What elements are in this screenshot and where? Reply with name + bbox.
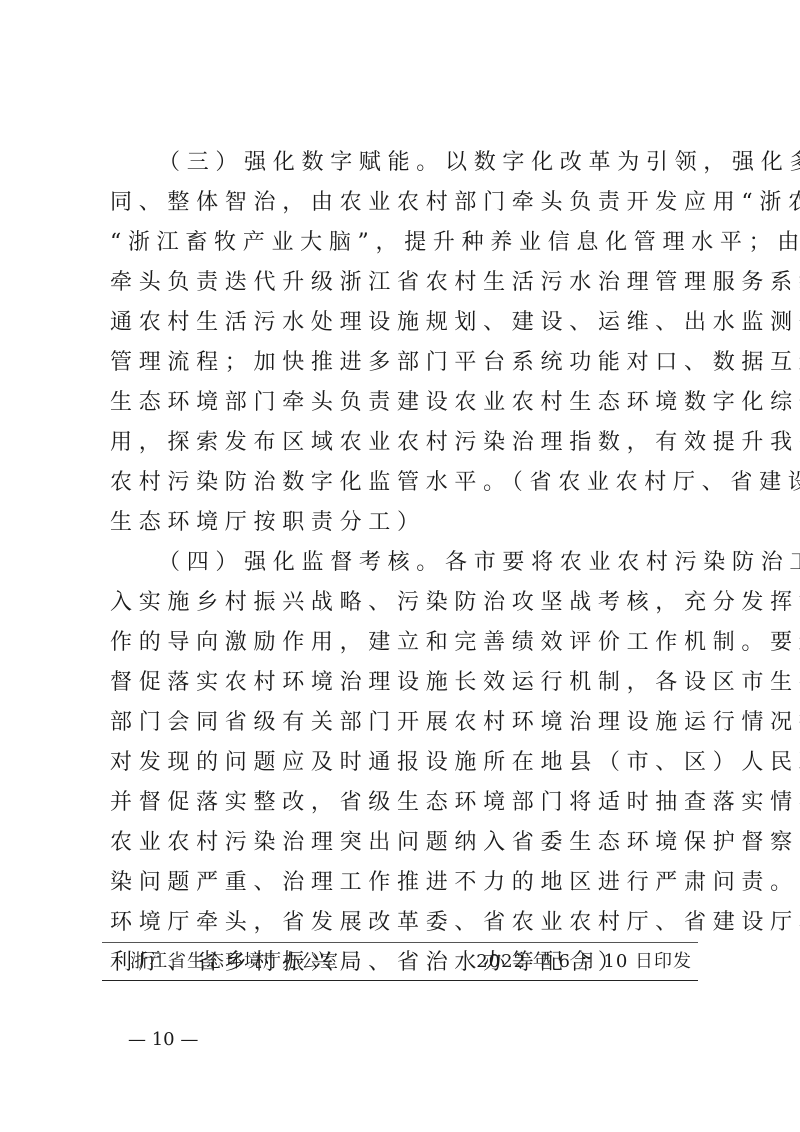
document-page: （三）强化数字赋能。以数字化改革为引领，强化多跨协同、整体智治，由农业农村部门牵… <box>0 0 800 1132</box>
issue-date: 2022 年 6 月 10 日印发 <box>476 948 692 976</box>
text-line: 生态环境部门牵头负责建设农业农村生态环境数字化综合应 <box>110 383 700 423</box>
text-line: 督促落实农村环境治理设施长效运行机制，各设区市生态环境 <box>110 663 700 703</box>
footer-bottom-rule <box>102 980 698 981</box>
text-line: 用，探索发布区域农业农村污染治理指数，有效提升我省农业 <box>110 423 700 463</box>
body-text: （三）强化数字赋能。以数字化改革为引领，强化多跨协同、整体智治，由农业农村部门牵… <box>110 143 700 983</box>
text-line: 生态环境厅按职责分工） <box>110 503 700 543</box>
text-line: 作的导向激励作用，建立和完善绩效评价工作机制。要进一步 <box>110 623 700 663</box>
footer-top-rule <box>102 942 698 943</box>
text-line: 染问题严重、治理工作推进不力的地区进行严肃问责。（省生态 <box>110 863 700 903</box>
text-line: 牵头负责迭代升级浙江省农村生活污水治理管理服务系统，打 <box>110 263 700 303</box>
text-line: （三）强化数字赋能。以数字化改革为引领，强化多跨协 <box>110 143 700 183</box>
text-line: 同、整体智治，由农业农村部门牵头负责开发应用“浙农优品”、 <box>110 183 700 223</box>
issuing-office: 浙江省生态环境厅办公室 <box>130 948 339 976</box>
text-line: 通农村生活污水处理设施规划、建设、运维、出水监测全流程 <box>110 303 700 343</box>
text-line: 入实施乡村振兴战略、污染防治攻坚战考核，充分发挥评价工 <box>110 583 700 623</box>
text-line: 部门会同省级有关部门开展农村环境治理设施运行情况抽查， <box>110 703 700 743</box>
text-line: 管理流程；加快推进多部门平台系统功能对口、数据互通，由 <box>110 343 700 383</box>
text-line: （四）强化监督考核。各市要将农业农村污染防治工作纳 <box>110 543 700 583</box>
page-number: — 10 — <box>128 1026 198 1054</box>
text-line: “浙江畜牧产业大脑”，提升种养业信息化管理水平；由住建部门 <box>110 223 700 263</box>
text-line: 农业农村污染治理突出问题纳入省委生态环境保护督察，对污 <box>110 823 700 863</box>
text-line: 环境厅牵头，省发展改革委、省农业农村厅、省建设厅、省水 <box>110 903 700 943</box>
text-line: 农村污染防治数字化监管水平。（省农业农村厅、省建设厅、省 <box>110 463 700 503</box>
text-line: 并督促落实整改，省级生态环境部门将适时抽查落实情况。将 <box>110 783 700 823</box>
text-line: 对发现的问题应及时通报设施所在地县（市、区）人民政府， <box>110 743 700 783</box>
